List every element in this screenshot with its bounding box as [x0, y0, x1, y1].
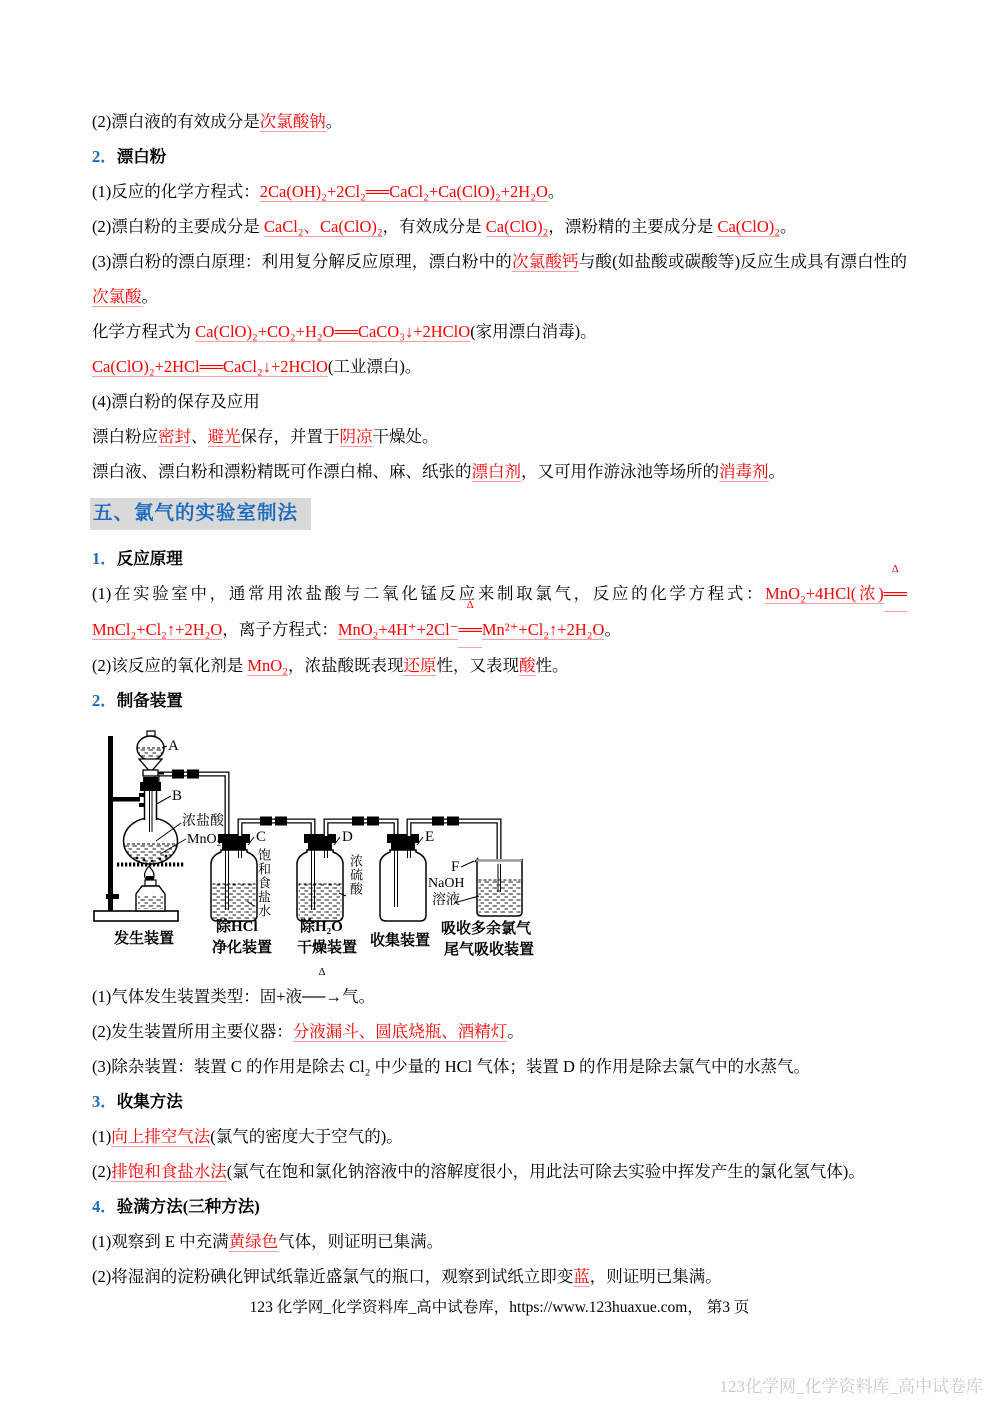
- text-line: 化学方程式为 Ca(ClO)₂+CO₂+H₂O══CaCO₃↓+2HClO(家用…: [92, 314, 907, 349]
- text-block-bottom: (1)气体发生装置类型：固+液Δ──→气。(2)发生装置所用主要仪器：分液漏斗、…: [92, 979, 907, 1294]
- watermark: 123化学网_化学资料库_高中试卷库: [720, 1372, 984, 1397]
- highlighted-text: 次氯酸钙: [512, 252, 579, 272]
- section-banner: 五、氯气的实验室制法: [90, 498, 311, 530]
- text-segment: ，又可用作游泳池等场所的: [521, 462, 719, 481]
- apparatus-diagram: A B 浓盐酸 MnO₂ C 饱和食盐水 D 浓硫酸 E F NaOH 溶液 发…: [92, 724, 562, 969]
- highlighted-text: MnO₂+4H⁺+2Cl⁻: [338, 620, 459, 640]
- document-content: (2)漂白液的有效成分是次氯酸钠。2．漂白粉(1)反应的化学方程式：2Ca(OH…: [0, 0, 993, 1318]
- caption-collect: 收集装置: [370, 933, 430, 950]
- text-line: (2)漂白粉的主要成分是 CaCl₂、Ca(ClO)₂，有效成分是 Ca(ClO…: [92, 209, 907, 244]
- text-line: (2)将湿润的淀粉碘化钾试纸靠近盛氯气的瓶口，观察到试纸立即变蓝，则证明已集满。: [92, 1259, 907, 1294]
- text-line: 漂白粉应密封、避光保存，并置于阴凉干燥处。: [92, 419, 907, 454]
- text-line: (2)排饱和食盐水法(氯气在饱和氯化钠溶液中的溶解度很小，用此法可除去实验中挥发…: [92, 1154, 907, 1189]
- text-segment: (1)在实验室中，通常用浓盐酸与二氧化锰反应来制取氯气，反应的化学方程式：: [92, 584, 765, 603]
- highlighted-text: MnO₂+4HCl(浓): [765, 584, 883, 604]
- text-segment: 气体，则证明已集满。: [278, 1232, 443, 1251]
- text-segment: 性，又表现: [436, 656, 519, 675]
- text-line: 漂白液、漂白粉和漂粉精既可作漂白棉、麻、纸张的漂白剂，又可用作游泳池等场所的消毒…: [92, 454, 907, 489]
- text-line: (3)漂白粉的漂白原理：利用复分解反应原理，漂白粉中的次氯酸钙与酸(如盐酸或碳酸…: [92, 244, 907, 314]
- text-line: (3)除杂装置：装置 C 的作用是除去 Cl₂ 中少量的 HCl 气体；装置 D…: [92, 1049, 907, 1084]
- text-line: (1)反应的化学方程式：2Ca(OH)₂+2Cl₂══CaCl₂+Ca(ClO)…: [92, 174, 907, 209]
- text-segment: (氯气的密度大于空气的)。: [210, 1127, 403, 1146]
- text-segment: ，有效成分是: [383, 217, 486, 236]
- sub-heading: 3．收集方法: [92, 1084, 907, 1119]
- text-segment: 。: [548, 182, 565, 201]
- caption-dry: 干燥装置: [297, 940, 357, 957]
- collection-bottle-e: [380, 834, 426, 921]
- rubber-connector: [275, 816, 287, 825]
- rubber-connector: [447, 816, 459, 825]
- text-segment: (2)漂白粉的主要成分是: [92, 217, 264, 236]
- text-segment: ，则证明已集满。: [590, 1267, 722, 1286]
- delta-condition: Δ: [467, 600, 474, 611]
- sub-heading: 4．验满方法(三种方法): [92, 1189, 907, 1224]
- text-segment: (2): [92, 1162, 111, 1181]
- text-segment: 气。: [342, 987, 375, 1006]
- text-line: (2)漂白液的有效成分是次氯酸钠。: [92, 104, 907, 139]
- naoh-label: NaOH: [428, 876, 465, 892]
- text-segment: 、: [191, 427, 208, 446]
- conc-h2so4-label: 浓硫酸: [347, 854, 362, 896]
- document-page: (2)漂白液的有效成分是次氯酸钠。2．漂白粉(1)反应的化学方程式：2Ca(OH…: [0, 0, 993, 1404]
- text-block-top: (2)漂白液的有效成分是次氯酸钠。2．漂白粉(1)反应的化学方程式：2Ca(OH…: [92, 104, 907, 718]
- caption-purify: 净化装置: [212, 940, 272, 957]
- highlighted-text: 蓝: [573, 1267, 590, 1287]
- text-segment: ，漂粉精的主要成分是: [548, 217, 717, 236]
- alcohol-lamp: [117, 864, 184, 911]
- rubber-connector: [187, 769, 199, 778]
- conc-hcl-label: 浓盐酸: [182, 814, 224, 830]
- highlighted-text: 黄绿色: [229, 1232, 279, 1252]
- mno2-label: MnO₂: [187, 832, 221, 848]
- text-segment: 漂白粉应: [92, 427, 158, 446]
- text-segment: (家用漂白消毒)。: [470, 322, 597, 341]
- highlighted-text: 阴凉: [340, 427, 373, 447]
- text-line: (4)漂白粉的保存及应用: [92, 384, 907, 419]
- text-segment: 性。: [535, 656, 568, 675]
- highlighted-text: 次氯酸钠: [260, 112, 326, 132]
- highlighted-text: Δ══: [458, 612, 481, 648]
- highlighted-text: 消毒剂: [719, 462, 769, 482]
- text-segment: 。: [507, 1022, 524, 1041]
- caption-absorb-excess: 吸收多余氯气: [441, 921, 531, 938]
- text-segment: (2)该反应的氧化剂是: [92, 656, 247, 675]
- text-segment: (3)漂白粉的漂白原理：利用复分解反应原理，漂白粉中的: [92, 252, 512, 271]
- beaker-label-f: F: [451, 859, 459, 876]
- text-segment: (4)漂白粉的保存及应用: [92, 392, 260, 411]
- text-segment: 五、氯气的实验室制法: [93, 503, 298, 524]
- highlighted-text: Δ══: [884, 576, 907, 612]
- text-segment: 漂白液、漂白粉和漂粉精既可作漂白棉、麻、纸张的: [92, 462, 472, 481]
- rubber-connector: [432, 816, 444, 825]
- highlighted-text: CaCl₂、Ca(ClO)₂: [264, 217, 383, 237]
- text-segment: 。: [769, 462, 786, 481]
- text-line: (1)气体发生装置类型：固+液Δ──→气。: [92, 979, 907, 1014]
- highlighted-text: 2Ca(OH)₂+2Cl₂══CaCl₂+Ca(ClO)₂+2H₂O: [260, 182, 548, 202]
- separating-funnel: [137, 731, 167, 776]
- highlighted-text: 还原: [403, 656, 436, 676]
- wash-bottle-d: [297, 834, 346, 921]
- text-segment: 反应原理: [117, 549, 183, 568]
- highlighted-text: 向上排空气法: [111, 1127, 210, 1147]
- rubber-connector: [367, 816, 379, 825]
- solution-label: 溶液: [432, 893, 460, 909]
- text-segment: 。: [142, 287, 159, 306]
- text-segment: 。: [780, 217, 797, 236]
- bottle-label-c: C: [256, 829, 266, 846]
- sub-heading: 2．制备装置: [92, 683, 907, 718]
- text-segment: (1)观察到 E 中充满: [92, 1232, 229, 1251]
- text-segment: ，离子方程式：: [222, 620, 338, 639]
- text-segment: 4．: [92, 1197, 117, 1216]
- delta-condition: Δ: [318, 967, 325, 978]
- highlighted-text: 避光: [208, 427, 241, 447]
- text-segment: 。: [604, 620, 621, 639]
- text-segment: 2．: [92, 691, 117, 710]
- caption-tail-gas: 尾气吸收装置: [444, 942, 534, 959]
- text-line: (2)发生装置所用主要仪器：分液漏斗、圆底烧瓶、酒精灯。: [92, 1014, 907, 1049]
- text-segment: (1): [92, 1127, 111, 1146]
- section-heading: 五、氯气的实验室制法: [90, 498, 907, 530]
- highlighted-text: Mn²⁺+Cl₂↑+2H₂O: [482, 620, 605, 640]
- rubber-connector: [260, 816, 272, 825]
- text-segment: (氯气在饱和氯化钠溶液中的溶解度很小，用此法可除去实验中挥发产生的氯化氢气体)。: [227, 1162, 865, 1181]
- flask-label-b: B: [172, 788, 182, 805]
- highlighted-text: Ca(ClO)₂: [486, 217, 549, 237]
- text-segment: (2)漂白液的有效成分是: [92, 112, 260, 131]
- text-line: (1)向上排空气法(氯气的密度大于空气的)。: [92, 1119, 907, 1154]
- bottle-label-d: D: [342, 829, 353, 846]
- text-segment: 制备装置: [117, 691, 183, 710]
- text-segment: 2．: [92, 147, 117, 166]
- text-line: (2)该反应的氧化剂是 MnO₂，浓盐酸既表现还原性，又表现酸性。: [92, 648, 907, 683]
- highlighted-text: 分液漏斗、圆底烧瓶、酒精灯: [293, 1022, 508, 1042]
- text-line: (1)观察到 E 中充满黄绿色气体，则证明已集满。: [92, 1224, 907, 1259]
- highlighted-text: MnCl₂+Cl₂↑+2H₂O: [92, 620, 222, 640]
- highlighted-text: Ca(ClO)₂+2HCl══CaCl₂↓+2HClO: [92, 357, 328, 377]
- text-segment: 3．: [92, 1092, 117, 1111]
- text-segment: 。: [326, 112, 343, 131]
- delivery-tube-3: [326, 816, 396, 838]
- text-segment: 验满方法(三种方法): [117, 1197, 260, 1216]
- text-segment: (1)反应的化学方程式：: [92, 182, 260, 201]
- highlighted-text: 酸: [519, 656, 536, 676]
- text-segment: 漂白粉: [117, 147, 167, 166]
- text-segment: 与酸(如盐酸或碳酸等)反应生成具有漂白性的: [579, 252, 907, 271]
- bottle-label-e: E: [425, 829, 434, 846]
- highlighted-text: 漂白剂: [472, 462, 522, 482]
- highlighted-text: 排饱和食盐水法: [111, 1162, 227, 1182]
- highlighted-text: Ca(ClO)₂+CO₂+H₂O══CaCO₃↓+2HClO: [195, 322, 470, 342]
- delivery-tube-2: [240, 816, 313, 838]
- text-segment: 干燥处。: [373, 427, 439, 446]
- highlighted-text: 次氯酸: [92, 287, 142, 307]
- text-segment: ，浓盐酸既表现: [288, 656, 404, 675]
- text-segment: 保存，并置于: [241, 427, 340, 446]
- round-bottom-flask: [122, 777, 179, 864]
- rubber-connector: [172, 769, 184, 778]
- rubber-connector: [352, 816, 364, 825]
- caption-remove-h2o: 除H₂O: [300, 919, 343, 936]
- highlighted-text: 密封: [158, 427, 191, 447]
- text-segment: (2)将湿润的淀粉碘化钾试纸靠近盛氯气的瓶口，观察到试纸立即变: [92, 1267, 573, 1286]
- caption-remove-hcl: 除HCl: [216, 919, 258, 936]
- text-segment: 化学方程式为: [92, 322, 195, 341]
- sub-heading: 1．反应原理: [92, 541, 907, 576]
- saturated-brine-label: 饱和食盐水: [255, 848, 270, 918]
- sub-heading: 2．漂白粉: [92, 139, 907, 174]
- text-segment: 1．: [92, 549, 117, 568]
- text-line: (1)在实验室中，通常用浓盐酸与二氧化锰反应来制取氯气，反应的化学方程式：MnO…: [92, 576, 907, 648]
- text-segment: 收集方法: [117, 1092, 183, 1111]
- text-segment: (3)除杂装置：装置 C 的作用是除去 Cl₂ 中少量的 HCl 气体；装置 D…: [92, 1057, 810, 1076]
- text-segment: (工业漂白)。: [328, 357, 422, 376]
- text-segment: Δ──→: [302, 979, 342, 1014]
- funnel-label-a: A: [168, 738, 179, 755]
- text-segment: (1)气体发生装置类型：固+液: [92, 987, 302, 1006]
- caption-generator: 发生装置: [114, 931, 174, 948]
- page-footer: 123 化学网_化学资料库_高中试卷库，https://www.123huaxu…: [92, 1294, 907, 1318]
- text-segment: (2)发生装置所用主要仪器：: [92, 1022, 293, 1041]
- delta-condition: Δ: [892, 564, 899, 575]
- text-line: Ca(ClO)₂+2HCl══CaCl₂↓+2HClO(工业漂白)。: [92, 349, 907, 384]
- highlighted-text: MnO₂: [247, 656, 288, 676]
- highlighted-text: Ca(ClO)₂: [717, 217, 780, 237]
